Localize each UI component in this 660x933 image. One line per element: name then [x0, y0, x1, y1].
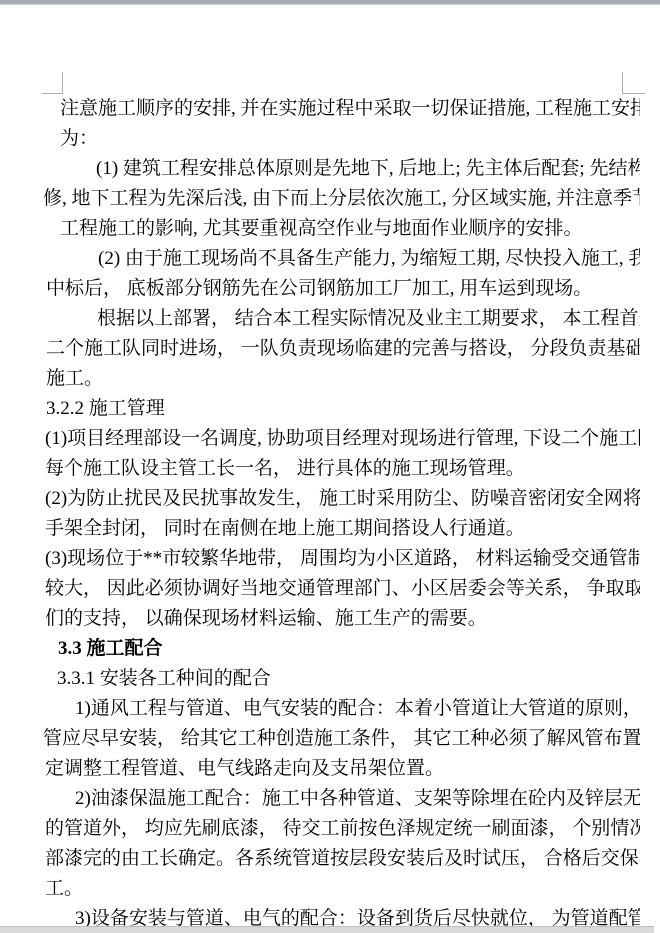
text-line: 中标后， 底板部分钢筋先在公司钢筋加工厂加工, 用车运到现场。	[46, 274, 640, 304]
text-line: (1) 建筑工程安排总体原则是先地下, 后地上; 先主体后配套; 先结构后装	[96, 154, 640, 184]
text-line: 3.3 施工配合	[58, 634, 640, 664]
text-line: 工程施工的影响, 尤其要重视高空作业与地面作业顺序的安排。	[60, 214, 640, 244]
text-line: 2)油漆保温施工配合：施工中各种管道、支架等除埋在砼内及锌层无损	[75, 784, 640, 814]
text-line: 1)通风工程与管道、电气安装的配合：本着小管道让大管道的原则， 风	[75, 694, 640, 724]
document-text: 注意施工顺序的安排, 并在实施过程中采取一切保证措施, 工程施工安排原则为：(1…	[0, 94, 660, 933]
text-line: 工。	[45, 874, 640, 904]
text-line: 较大， 因此必须协调好当地交通管理部门、小区居委会等关系， 争取取得他	[45, 574, 640, 604]
text-line: 的管道外， 均应先刷底漆， 待交工前按色泽规定统一刷面漆， 个别情况需全	[45, 814, 640, 844]
text-line: (3)现场位于**市较繁华地带， 周围均为小区道路， 材料运输受交通管制影响	[45, 544, 640, 574]
text-line: 定调整工程管道、电气线路走向及支吊架位置。	[45, 754, 640, 784]
text-line: 根据以上部署， 结合本工程实际情况及业主工期要求， 本工程首先组织	[97, 304, 640, 334]
text-line: 们的支持， 以确保现场材料运输、施工生产的需要。	[45, 604, 640, 634]
horizontal-scrollbar-track[interactable]	[0, 926, 654, 933]
text-line: 为：	[60, 124, 640, 154]
text-line: 施工。	[46, 364, 640, 394]
document-page: 注意施工顺序的安排, 并在实施过程中采取一切保证措施, 工程施工安排原则为：(1…	[0, 5, 660, 926]
text-line: 3.3.1 安装各工种间的配合	[57, 664, 640, 694]
text-line: 管应尽早安装， 给其它工种创造施工条件， 其它工种必须了解风管布置， 确	[43, 724, 640, 754]
text-line: (2)为防止扰民及民扰事故发生， 施工时采用防尘、防噪音密闭安全网将外脚	[45, 484, 640, 514]
text-line: 部漆完的由工长确定。各系统管道按层段安装后及时试压， 合格后交保温施	[45, 844, 640, 874]
text-line: (2) 由于施工现场尚不具备生产能力, 为缩短工期, 尽快投入施工, 我公司	[98, 244, 640, 274]
text-line: 二个施工队同时进场， 一队负责现场临建的完善与搭设， 分段负责基础结构	[46, 334, 640, 364]
text-line: 注意施工顺序的安排, 并在实施过程中采取一切保证措施, 工程施工安排原则	[60, 94, 640, 124]
text-line: 每个施工队设主管工长一名， 进行具体的施工现场管理。	[45, 454, 640, 484]
text-line: 3.2.2 施工管理	[46, 394, 640, 424]
margin-crop-mark-left	[62, 72, 63, 94]
text-line: 修, 地下工程为先深后浅, 由下而上分层依次施工, 分区域实施, 并注意季节对	[43, 184, 640, 214]
text-line: 手架全封闭， 同时在南侧在地上施工期间搭设人行通道。	[45, 514, 640, 544]
text-line: (1)项目经理部设一名调度, 协助项目经理对现场进行管理, 下设二个施工队，	[45, 424, 640, 454]
margin-crop-mark-right	[622, 72, 623, 94]
